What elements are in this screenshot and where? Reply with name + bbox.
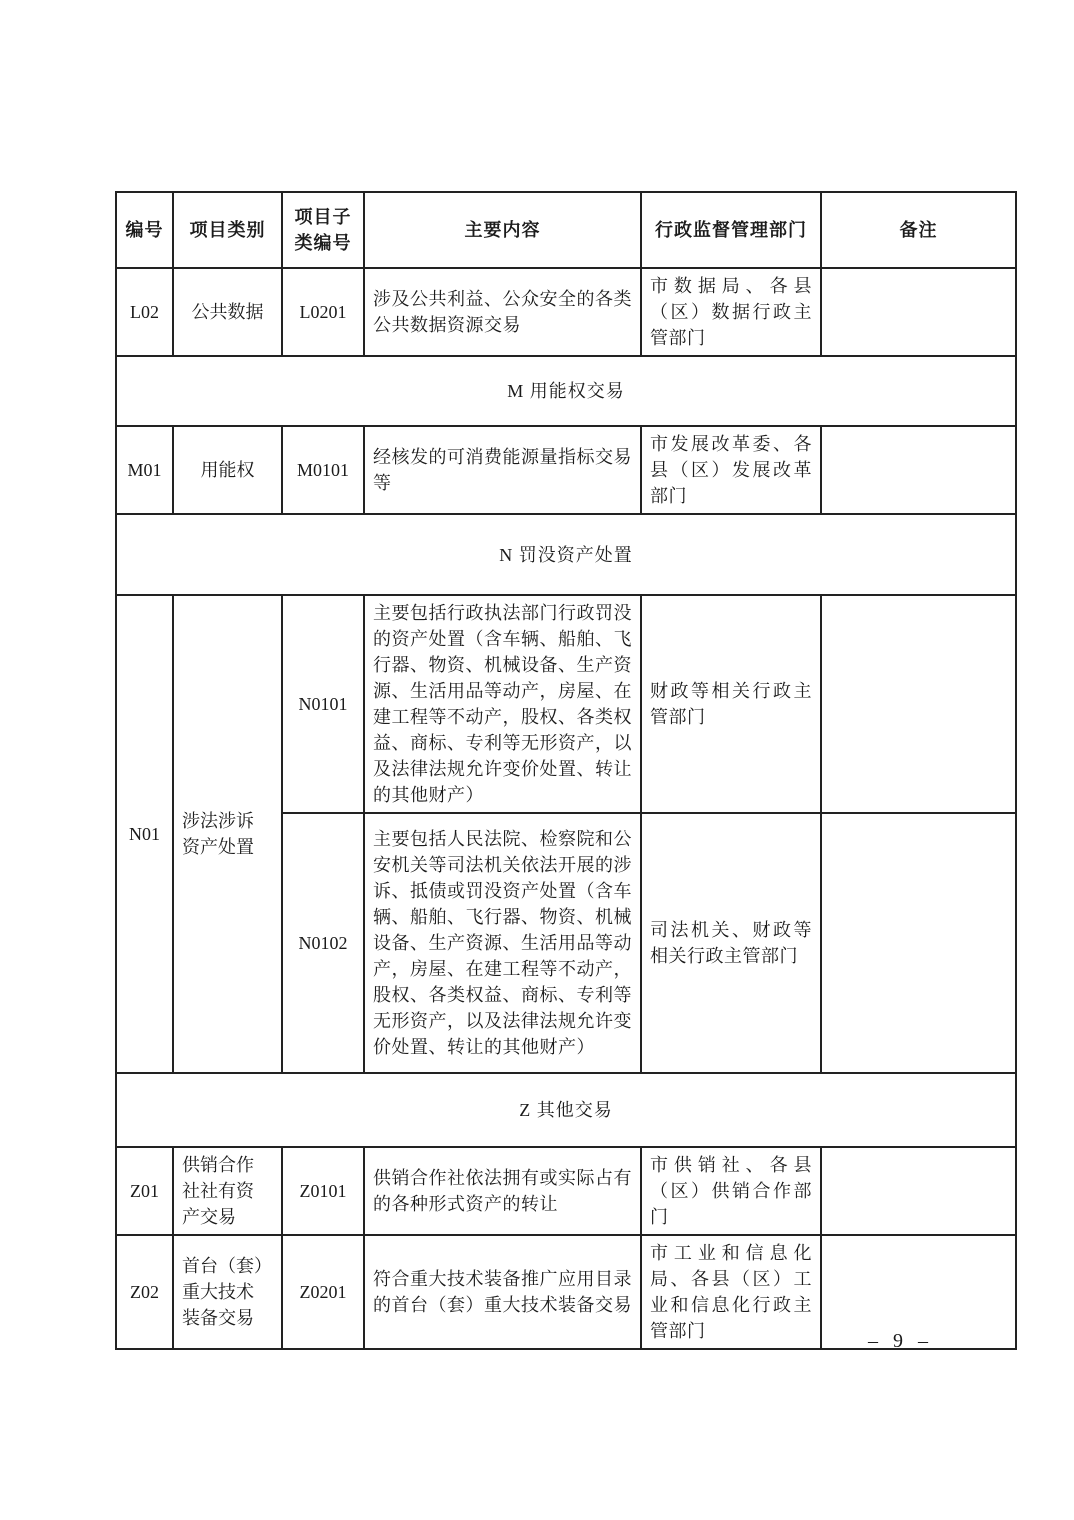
cell-department: 市发展改革委、各县（区）发展改革部门 xyxy=(641,426,821,514)
cell-code: Z02 xyxy=(116,1235,173,1349)
cell-content: 经核发的可消费能源量指标交易等 xyxy=(364,426,641,514)
cell-subcode: Z0201 xyxy=(282,1235,364,1349)
section-row-label: Z 其他交易 xyxy=(116,1073,1016,1147)
cell-category: 首台（套） 重大技术 装备交易 xyxy=(173,1235,282,1349)
cell-content: 涉及公共利益、公众安全的各类公共数据资源交易 xyxy=(364,268,641,356)
header-cell-code: 编号 xyxy=(116,192,173,268)
section-row-label: N 罚没资产处置 xyxy=(116,514,1016,595)
cell-category: 用能权 xyxy=(173,426,282,514)
section-row-label: M 用能权交易 xyxy=(116,356,1016,426)
cell-code: Z01 xyxy=(116,1147,173,1235)
section-row-m: M 用能权交易 xyxy=(116,356,1016,426)
cell-content: 供销合作社依法拥有或实际占有的各种形式资产的转让 xyxy=(364,1147,641,1235)
cell-subcode: N0101 xyxy=(282,595,364,813)
cell-subcode: L0201 xyxy=(282,268,364,356)
table-row-n0101: N01 涉法涉诉 资产处置 N0101 主要包括行政执法部门行政罚没的资产处置（… xyxy=(116,595,1016,813)
cell-subcode: Z0101 xyxy=(282,1147,364,1235)
header-cell-department: 行政监督管理部门 xyxy=(641,192,821,268)
cell-category: 公共数据 xyxy=(173,268,282,356)
cell-content: 主要包括人民法院、检察院和公安机关等司法机关依法开展的涉诉、抵债或罚没资产处置（… xyxy=(364,813,641,1073)
page-number: – 9 – xyxy=(868,1330,928,1353)
section-row-z: Z 其他交易 xyxy=(116,1073,1016,1147)
transaction-catalog-table: 编号 项目类别 项目子类编号 主要内容 行政监督管理部门 备注 L02 公共数据… xyxy=(115,191,1017,1350)
header-cell-remark: 备注 xyxy=(821,192,1016,268)
cell-remark xyxy=(821,426,1016,514)
header-cell-content: 主要内容 xyxy=(364,192,641,268)
cell-content: 符合重大技术装备推广应用目录的首台（套）重大技术装备交易 xyxy=(364,1235,641,1349)
table-row-m01: M01 用能权 M0101 经核发的可消费能源量指标交易等 市发展改革委、各县（… xyxy=(116,426,1016,514)
cell-category: 涉法涉诉 资产处置 xyxy=(173,595,282,1073)
cell-remark xyxy=(821,268,1016,356)
cell-department: 司法机关、财政等相关行政主管部门 xyxy=(641,813,821,1073)
cell-remark xyxy=(821,595,1016,813)
table-header-row: 编号 项目类别 项目子类编号 主要内容 行政监督管理部门 备注 xyxy=(116,192,1016,268)
section-row-n: N 罚没资产处置 xyxy=(116,514,1016,595)
cell-department: 市工业和信息化局、各县（区）工业和信息化行政主管部门 xyxy=(641,1235,821,1349)
cell-department: 市数据局、各县（区）数据行政主管部门 xyxy=(641,268,821,356)
cell-code: N01 xyxy=(116,595,173,1073)
table-row-l02: L02 公共数据 L0201 涉及公共利益、公众安全的各类公共数据资源交易 市数… xyxy=(116,268,1016,356)
cell-department: 市供销社、各县（区）供销合作部门 xyxy=(641,1147,821,1235)
cell-remark xyxy=(821,1147,1016,1235)
cell-remark xyxy=(821,813,1016,1073)
cell-department: 财政等相关行政主管部门 xyxy=(641,595,821,813)
cell-subcode: M0101 xyxy=(282,426,364,514)
table-row-z01: Z01 供销合作 社社有资 产交易 Z0101 供销合作社依法拥有或实际占有的各… xyxy=(116,1147,1016,1235)
document-page: 编号 项目类别 项目子类编号 主要内容 行政监督管理部门 备注 L02 公共数据… xyxy=(0,0,1074,1520)
cell-category: 供销合作 社社有资 产交易 xyxy=(173,1147,282,1235)
header-cell-category: 项目类别 xyxy=(173,192,282,268)
cell-content: 主要包括行政执法部门行政罚没的资产处置（含车辆、船舶、飞行器、物资、机械设备、生… xyxy=(364,595,641,813)
cell-code: L02 xyxy=(116,268,173,356)
cell-subcode: N0102 xyxy=(282,813,364,1073)
cell-code: M01 xyxy=(116,426,173,514)
header-cell-subcode: 项目子类编号 xyxy=(282,192,364,268)
